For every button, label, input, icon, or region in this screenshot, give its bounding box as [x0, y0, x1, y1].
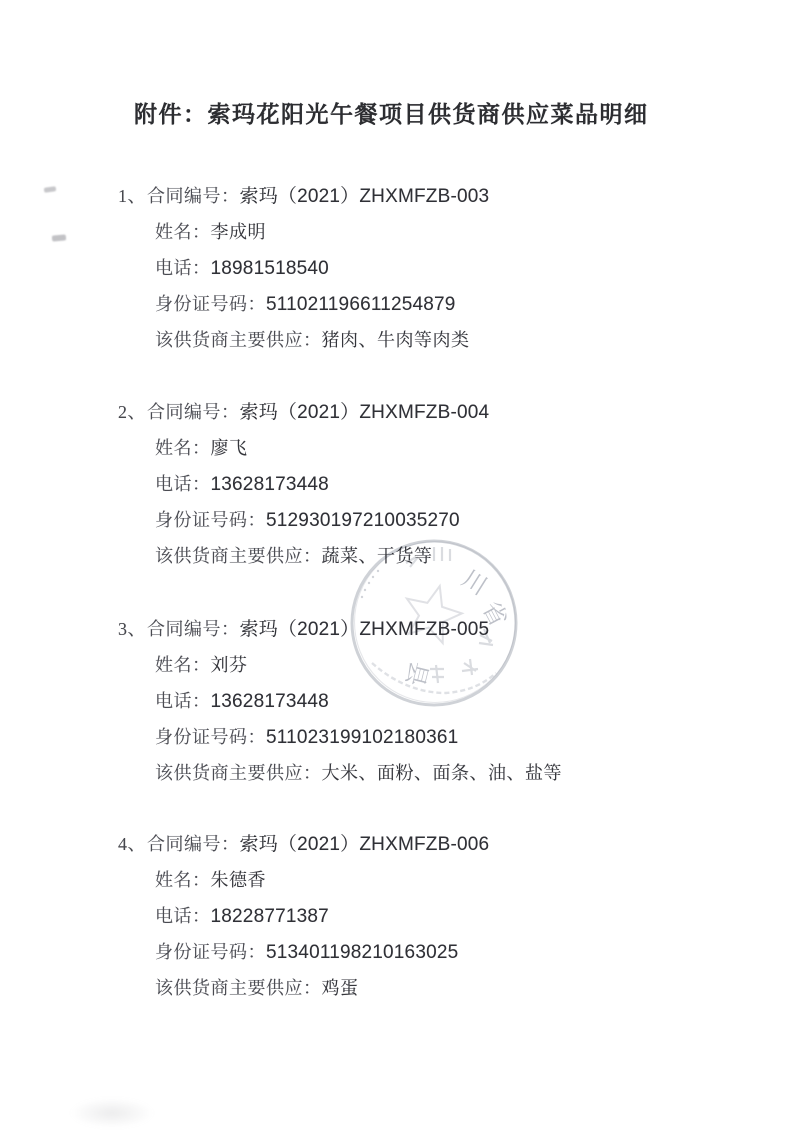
contract-line: 4、合同编号：索玛（2021）ZHXMFZB-006 — [118, 826, 489, 862]
supply-line: 该供货商主要供应：大米、面粉、面条、油、盐等 — [118, 755, 562, 791]
name-line: 姓名：刘芬 — [118, 647, 562, 683]
field-value: 大米、面粉、面条、油、盐等 — [322, 763, 563, 783]
field-value: 朱德香 — [211, 870, 267, 890]
document-page: 附件：索玛花阳光午餐项目供货商供应菜品明细 1、合同编号：索玛（2021）ZHX… — [0, 0, 800, 1131]
field-value: 512930197210035270 — [266, 510, 460, 531]
supplier-entry: 3、合同编号：索玛（2021）ZHXMFZB-005姓名：刘芬电话：136281… — [118, 611, 562, 791]
field-value: 廖飞 — [211, 438, 248, 458]
supplier-entry: 4、合同编号：索玛（2021）ZHXMFZB-006姓名：朱德香电话：18228… — [118, 826, 489, 1006]
id-line: 身份证号码：512930197210035270 — [118, 502, 489, 538]
field-label: 电话： — [155, 691, 211, 711]
phone-line: 电话：18228771387 — [118, 898, 489, 934]
entry-number: 2、 — [118, 402, 146, 422]
field-label: 身份证号码： — [155, 727, 266, 747]
entry-number: 1、 — [118, 186, 146, 206]
supply-line: 该供货商主要供应：鸡蛋 — [118, 970, 489, 1006]
scan-artifact-mark — [44, 186, 57, 193]
field-label: 电话： — [155, 906, 211, 926]
field-value: 13628173448 — [211, 691, 329, 712]
contract-line: 2、合同编号：索玛（2021）ZHXMFZB-004 — [118, 394, 489, 430]
field-value: 511023199102180361 — [266, 727, 458, 748]
contract-line: 1、合同编号：索玛（2021）ZHXMFZB-003 — [118, 178, 489, 214]
entry-number: 4、 — [118, 834, 146, 854]
scan-artifact-mark — [52, 234, 66, 241]
field-value: 猪肉、牛肉等肉类 — [322, 330, 470, 350]
field-label: 姓名： — [155, 655, 211, 675]
field-value: 索玛（2021）ZHXMFZB-004 — [240, 402, 490, 423]
field-value: 13628173448 — [211, 474, 329, 495]
id-line: 身份证号码：511023199102180361 — [118, 719, 562, 755]
entry-number: 3、 — [118, 619, 146, 639]
field-label: 合同编号： — [147, 834, 240, 854]
field-label: 姓名： — [155, 222, 211, 242]
field-label: 身份证号码： — [155, 294, 266, 314]
name-line: 姓名：朱德香 — [118, 862, 489, 898]
phone-line: 电话：13628173448 — [118, 466, 489, 502]
field-label: 该供货商主要供应： — [155, 330, 322, 350]
name-line: 姓名：李成明 — [118, 214, 489, 250]
scan-smudge — [70, 1098, 154, 1128]
field-label: 身份证号码： — [155, 510, 266, 530]
field-value: 索玛（2021）ZHXMFZB-006 — [240, 834, 490, 855]
field-value: 刘芬 — [211, 655, 248, 675]
name-line: 姓名：廖飞 — [118, 430, 489, 466]
phone-line: 电话：13628173448 — [118, 683, 562, 719]
field-label: 合同编号： — [147, 186, 240, 206]
field-label: 姓名： — [155, 870, 211, 890]
field-value: 511021196611254879 — [266, 294, 456, 315]
field-value: 索玛（2021）ZHXMFZB-005 — [240, 619, 490, 640]
document-title: 附件：索玛花阳光午餐项目供货商供应菜品明细 — [134, 96, 649, 129]
phone-line: 电话：18981518540 — [118, 250, 489, 286]
field-value: 蔬菜、干货等 — [322, 546, 433, 566]
field-label: 电话： — [155, 258, 211, 278]
supplier-entry: 2、合同编号：索玛（2021）ZHXMFZB-004姓名：廖飞电话：136281… — [118, 394, 489, 574]
field-label: 该供货商主要供应： — [155, 978, 322, 998]
field-label: 该供货商主要供应： — [155, 546, 322, 566]
supply-line: 该供货商主要供应：猪肉、牛肉等肉类 — [118, 322, 489, 358]
field-value: 李成明 — [211, 222, 267, 242]
id-line: 身份证号码：511021196611254879 — [118, 286, 489, 322]
field-value: 鸡蛋 — [322, 978, 359, 998]
field-value: 18981518540 — [211, 258, 329, 279]
field-label: 该供货商主要供应： — [155, 763, 322, 783]
supply-line: 该供货商主要供应：蔬菜、干货等 — [118, 538, 489, 574]
field-label: 电话： — [155, 474, 211, 494]
field-value: 索玛（2021）ZHXMFZB-003 — [240, 186, 490, 207]
field-label: 姓名： — [155, 438, 211, 458]
contract-line: 3、合同编号：索玛（2021）ZHXMFZB-005 — [118, 611, 562, 647]
field-value: 18228771387 — [211, 906, 329, 927]
stamp-serial-dots — [361, 570, 379, 598]
supplier-entry: 1、合同编号：索玛（2021）ZHXMFZB-003姓名：李成明电话：18981… — [118, 178, 489, 358]
field-label: 身份证号码： — [155, 942, 266, 962]
id-line: 身份证号码：513401198210163025 — [118, 934, 489, 970]
field-label: 合同编号： — [147, 619, 240, 639]
field-value: 513401198210163025 — [266, 942, 458, 963]
field-label: 合同编号： — [147, 402, 240, 422]
